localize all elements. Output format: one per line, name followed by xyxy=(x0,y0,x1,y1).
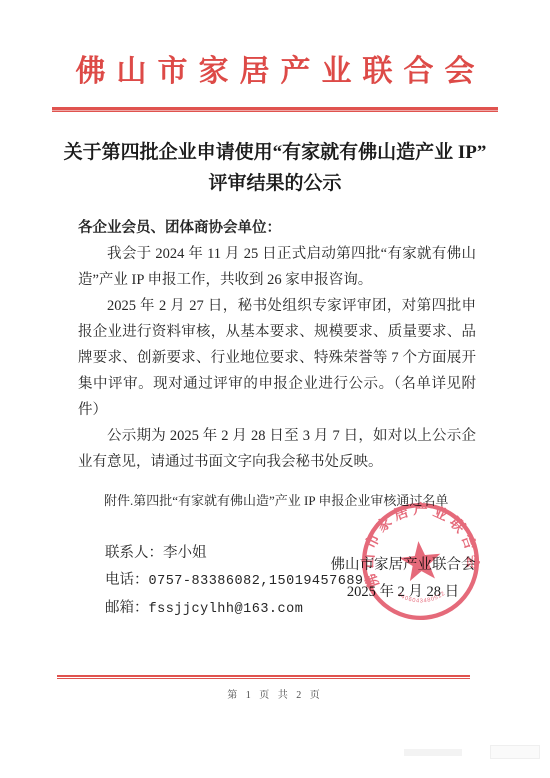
contact-email-value: fssjjcylhh@163.com xyxy=(149,602,304,617)
letterhead-divider xyxy=(52,107,498,112)
paragraph-1: 我会于 2024 年 11 月 25 日正式启动第四批“有家就有佛山造”产业 I… xyxy=(78,241,476,293)
svg-text:4406043480512: 4406043480512 xyxy=(396,587,447,607)
paragraph-3: 公示期为 2025 年 2 月 28 日至 3 月 7 日，如对以上公示企业有意… xyxy=(78,423,476,475)
paragraph-2: 2025 年 2 月 27 日，秘书处组织专家评审团，对第四批申报企业进行资料审… xyxy=(78,293,476,423)
seal-serial-number: 4406043480512 xyxy=(396,587,447,607)
contact-phone-label: 电话： xyxy=(105,572,149,588)
contact-person-value: 李小姐 xyxy=(163,545,207,561)
page-number-indicator: 第 1 页 共 2 页 xyxy=(0,686,550,701)
official-seal: 佛山市家居产业联合会 4406043480512 xyxy=(353,494,488,629)
letterhead-org-name: 佛山市家居产业联合会 xyxy=(0,0,550,90)
seal-star-icon xyxy=(398,539,443,582)
salutation: 各企业会员、团体商协会单位： xyxy=(78,215,476,241)
contact-person-label: 联系人： xyxy=(105,545,163,561)
scan-artifact xyxy=(404,749,462,756)
document-title-line2: 评审结果的公示 xyxy=(0,168,550,199)
document-page: 佛山市家居产业联合会 关于第四批企业申请使用“有家就有佛山造产业 IP” 评审结… xyxy=(0,0,550,778)
document-body: 各企业会员、团体商协会单位： 我会于 2024 年 11 月 25 日正式启动第… xyxy=(78,215,476,514)
document-title-line1: 关于第四批企业申请使用“有家就有佛山造产业 IP” xyxy=(0,137,550,168)
contact-email-label: 邮箱： xyxy=(105,600,149,616)
document-title: 关于第四批企业申请使用“有家就有佛山造产业 IP” 评审结果的公示 xyxy=(0,137,550,199)
footer-divider xyxy=(57,675,470,679)
scan-artifact xyxy=(490,745,540,759)
